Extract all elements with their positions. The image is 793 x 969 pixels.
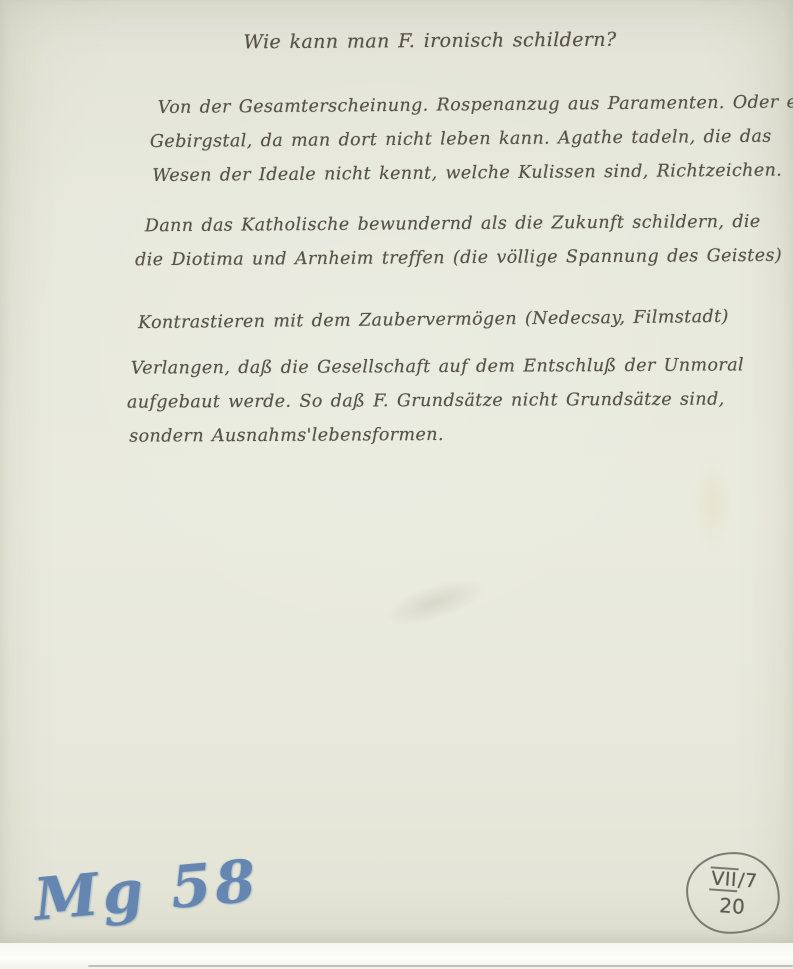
paper-stain bbox=[685, 440, 740, 570]
paragraph-1: Von der Gesamterscheinung. Rospenanzug a… bbox=[158, 85, 793, 193]
paragraph-2: Dann das Katholische bewundernd als die … bbox=[145, 205, 782, 277]
graphite-smudge bbox=[355, 553, 515, 652]
stamp-folio-number: VII/7 bbox=[710, 866, 759, 893]
archive-stamp: VII/7 20 bbox=[683, 849, 782, 937]
handwritten-line: sondern Ausnahms'lebensformen. bbox=[129, 416, 744, 453]
manuscript-page: Wie kann man F. ironisch schildern? Von … bbox=[0, 0, 793, 944]
handwritten-line: die Diotima und Arnheim treffen (die völ… bbox=[135, 239, 782, 278]
handwritten-title: Wie kann man F. ironisch schildern? bbox=[170, 28, 690, 54]
handwritten-line: aufgebaut werde. So daß F. Grundsätze ni… bbox=[127, 382, 744, 419]
stamp-folio-suffix: /7 bbox=[737, 869, 758, 892]
stamp-roman-numeral: VII bbox=[710, 866, 739, 892]
page-edge-shadow bbox=[88, 965, 793, 967]
handwritten-line: Dann das Katholische bewundernd als die … bbox=[145, 205, 782, 243]
paragraph-3: Kontrastieren mit dem Zaubervermögen (Ne… bbox=[138, 300, 729, 340]
manuscript-scan: Wie kann man F. ironisch schildern? Von … bbox=[0, 0, 793, 969]
handwritten-line: Wesen der Ideale nicht kennt, welche Kul… bbox=[152, 153, 793, 193]
blue-pencil-shelfmark: Mg 58 bbox=[31, 846, 262, 933]
handwritten-line: Von der Gesamterscheinung. Rospenanzug a… bbox=[158, 85, 793, 125]
paragraph-4: Verlangen, daß die Gesellschaft auf dem … bbox=[131, 348, 745, 453]
handwritten-line: Gebirgstal, da man dort nicht leben kann… bbox=[150, 119, 793, 159]
scanner-margin bbox=[0, 943, 793, 969]
handwritten-line: Kontrastieren mit dem Zaubervermögen (Ne… bbox=[138, 300, 729, 340]
stamp-page-number: 20 bbox=[719, 893, 746, 919]
handwritten-line: Verlangen, daß die Gesellschaft auf dem … bbox=[131, 348, 744, 385]
